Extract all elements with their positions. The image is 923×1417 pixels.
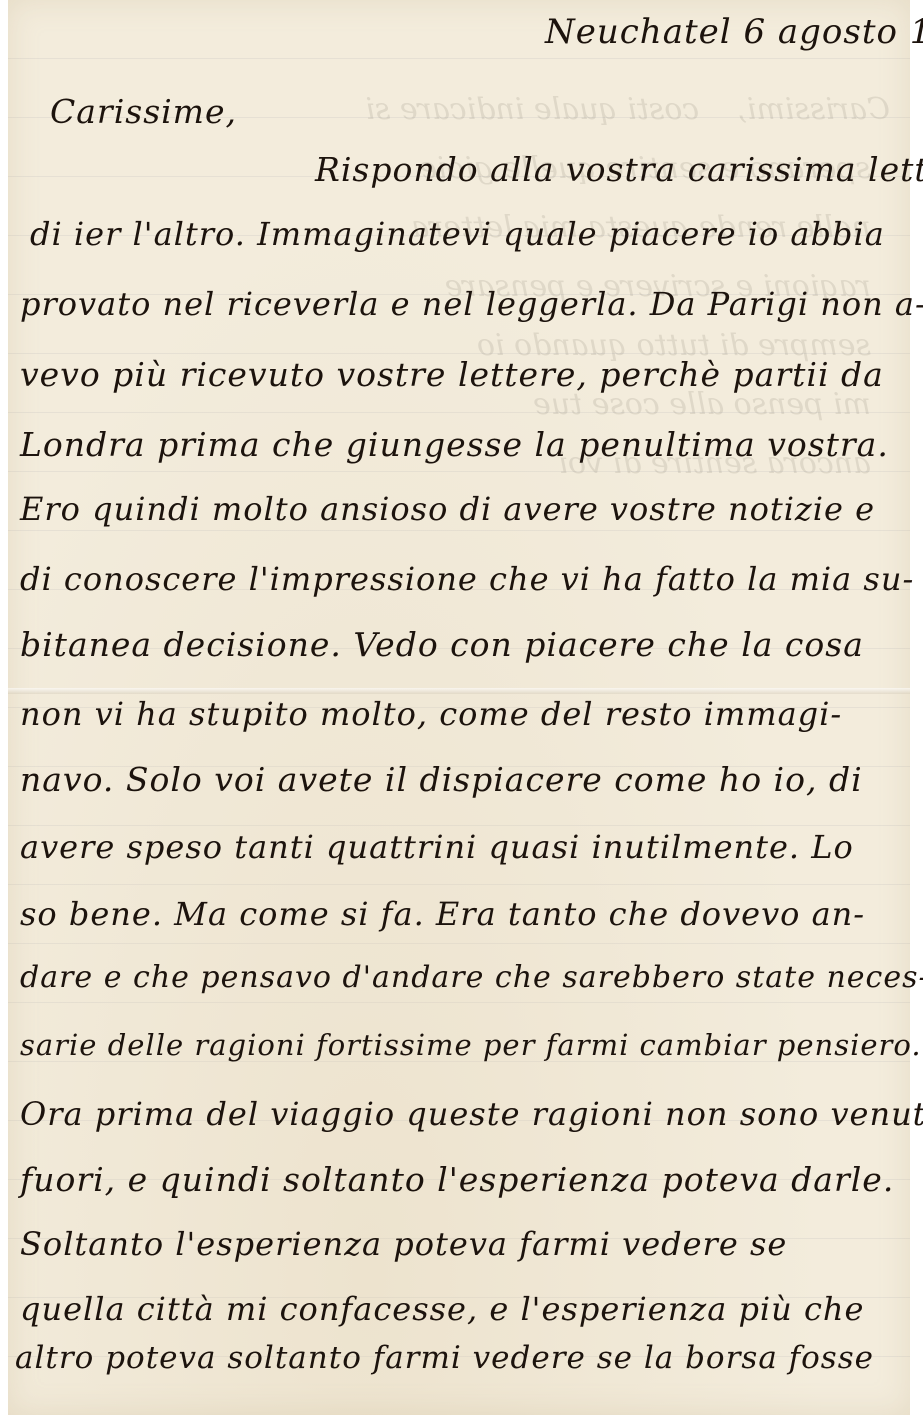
letter-line: navo. Solo voi avete il dispiacere come … [20,760,863,799]
letter-line: Soltanto l'esperienza poteva farmi veder… [20,1225,787,1263]
letter-line: sarie delle ragioni fortissime per farmi… [20,1028,922,1062]
letter-salutation: Carissime, [50,92,237,131]
letter-line: quella città mi confacesse, e l'esperien… [20,1290,864,1328]
letter-line: provato nel riceverla e nel leggerla. Da… [20,285,923,323]
letter-line: fuori, e quindi soltanto l'esperienza po… [20,1160,894,1199]
letter-line: di ier l'altro. Immaginatevi quale piace… [30,215,885,253]
letter-line: Rispondo alla vostra carissima lettera [315,150,923,189]
letter-line: bitanea decisione. Vedo con piacere che … [20,625,864,664]
letter-line: Ero quindi molto ansioso di avere vostre… [20,490,875,528]
paper-fold-crease [8,688,910,694]
letter-line: dare e che pensavo d'andare che sarebber… [20,960,923,995]
letter-line: Londra prima che giungesse la penultima … [20,425,889,464]
letter-line: Ora prima del viaggio queste ragioni non… [20,1095,923,1133]
letter-line: non vi ha stupito molto, come del resto … [20,695,842,733]
letter-line: altro poteva soltanto farmi vedere se la… [15,1340,874,1376]
letter-dateline: Neuchatel 6 agosto 1898 [545,12,923,52]
letter-line: vevo più ricevuto vostre lettere, perchè… [20,355,884,394]
letter-line: so bene. Ma come si fa. Era tanto che do… [20,895,865,933]
letter-line: avere speso tanti quattrini quasi inutil… [20,828,854,866]
letter-line: di conoscere l'impressione che vi ha fat… [20,560,914,598]
